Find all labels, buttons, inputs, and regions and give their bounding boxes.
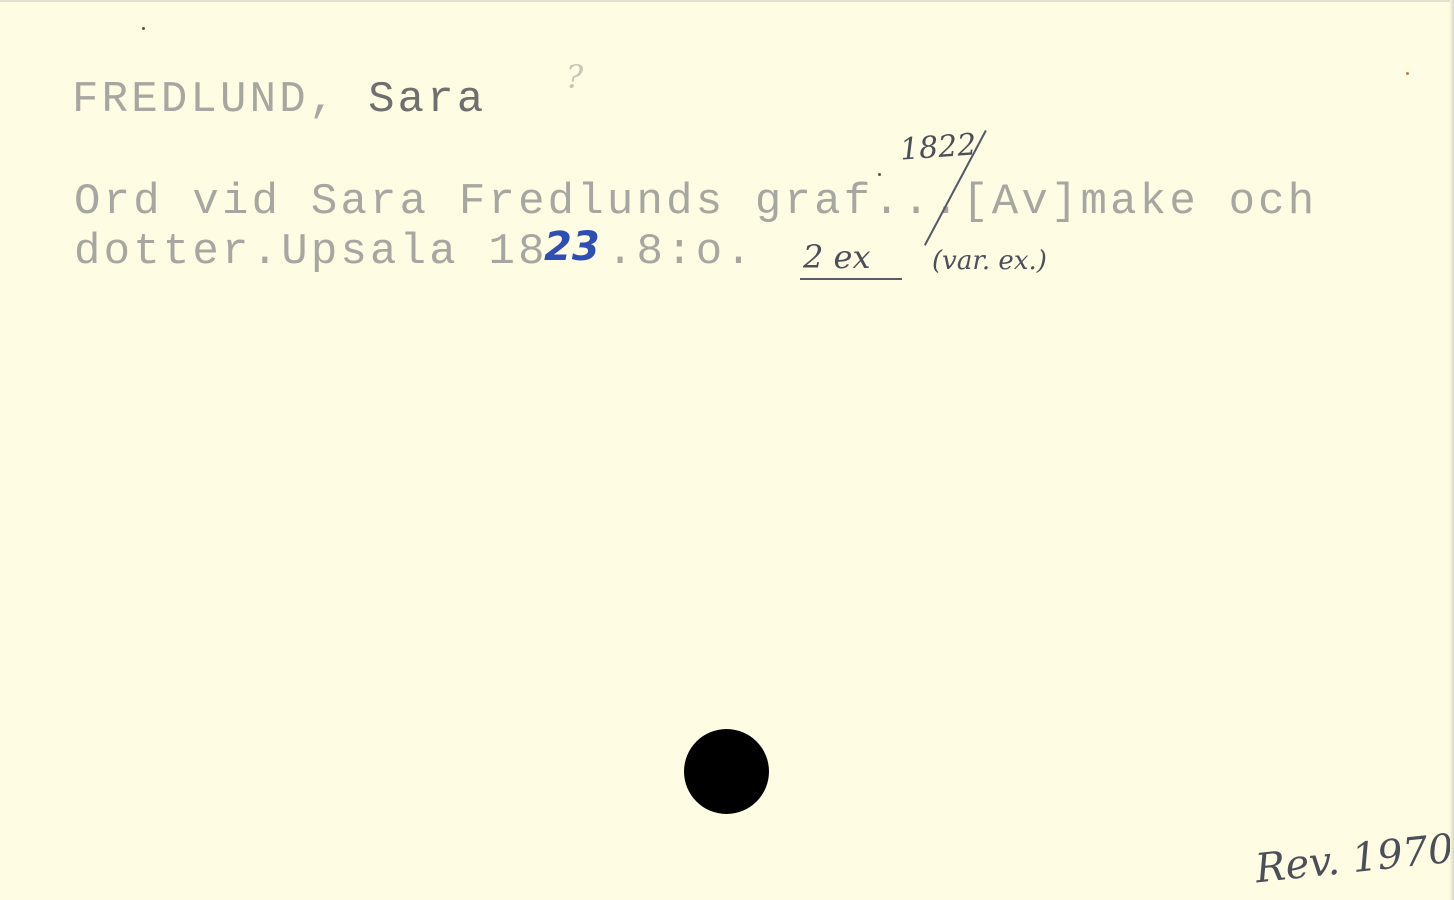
title-line-1: Ord vid Sara Fredlunds graf...[Av]make o… (74, 180, 1317, 224)
title-line-2: dotter.Upsala 1823.8:o. (74, 230, 755, 274)
given-name: Sara (368, 75, 486, 125)
punch-hole (684, 729, 769, 814)
title-text-b: [Av]make och (962, 177, 1317, 227)
handwritten-question-mark: ? (566, 58, 583, 96)
catalog-card: FREDLUND, Sara ? Ord vid Sara Fredlunds … (0, 0, 1454, 900)
speck (1406, 72, 1409, 75)
handwritten-copies: 2 ex (803, 238, 871, 276)
title-text-a: Ord vid Sara Fredlunds graf... (74, 177, 962, 227)
speck (142, 27, 145, 30)
surname: FREDLUND, (72, 75, 338, 125)
card-heading: FREDLUND, Sara (72, 78, 486, 122)
blue-year-correction: 23 (544, 224, 600, 270)
handwritten-revision-note: Rev. 1970 (1253, 826, 1454, 893)
speck (878, 173, 881, 176)
imprint-text-b: .8:o. (607, 227, 755, 277)
copies-underline (800, 278, 902, 280)
imprint-text-a: dotter.Upsala 18 (74, 227, 548, 277)
handwritten-copies-note: (var. ex.) (932, 246, 1047, 276)
handwritten-year-1822: 1822 (899, 127, 978, 167)
